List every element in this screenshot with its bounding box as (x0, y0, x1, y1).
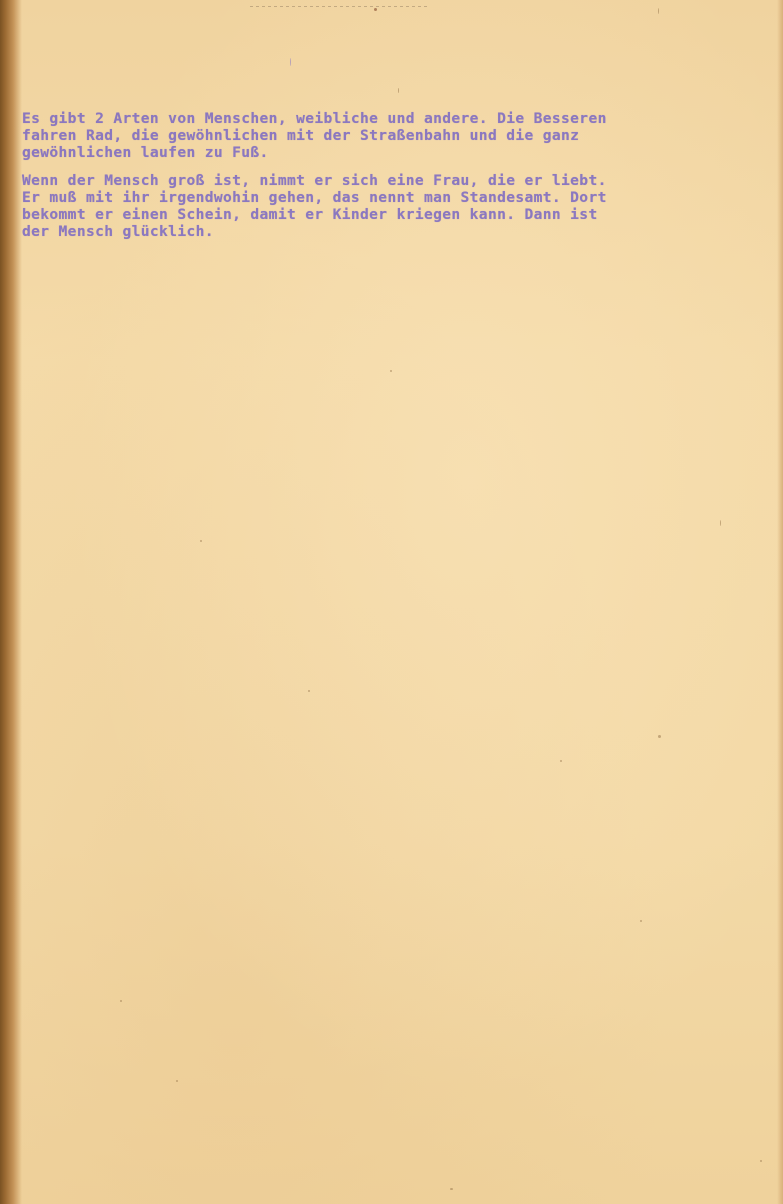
page-right-edge (777, 0, 783, 1204)
paper-speck (560, 760, 562, 762)
top-mark (250, 6, 430, 7)
paragraph-1: Es gibt 2 Arten von Menschen, weibliche … (22, 110, 722, 161)
text-line: der Mensch glücklich. (22, 223, 722, 240)
text-line: bekommt er einen Schein, damit er Kinder… (22, 206, 722, 223)
paper-speck (390, 370, 392, 372)
text-line: Er muß mit ihr irgendwohin gehen, das ne… (22, 189, 722, 206)
paper-speck (374, 8, 377, 11)
paper-speck (290, 58, 291, 66)
paper-speck (720, 520, 721, 526)
page-binding-edge (0, 0, 22, 1204)
paper-speck (450, 1188, 453, 1190)
paper-speck (200, 540, 202, 542)
paper-speck (658, 8, 659, 14)
paper-speck (308, 690, 310, 692)
text-line: Es gibt 2 Arten von Menschen, weibliche … (22, 110, 722, 127)
paper-speck (658, 735, 661, 738)
typewritten-text: Es gibt 2 Arten von Menschen, weibliche … (22, 110, 722, 251)
paper-speck (640, 920, 642, 922)
paper-speck (760, 1160, 762, 1162)
paragraph-2: Wenn der Mensch groß ist, nimmt er sich … (22, 172, 722, 240)
paper-speck (120, 1000, 122, 1002)
text-line: Wenn der Mensch groß ist, nimmt er sich … (22, 172, 722, 189)
paper-speck (176, 1080, 178, 1082)
text-line: fahren Rad, die gewöhnlichen mit der Str… (22, 127, 722, 144)
paper-page: Es gibt 2 Arten von Menschen, weibliche … (0, 0, 783, 1204)
paper-speck (398, 88, 399, 93)
text-line: gewöhnlichen laufen zu Fuß. (22, 144, 722, 161)
